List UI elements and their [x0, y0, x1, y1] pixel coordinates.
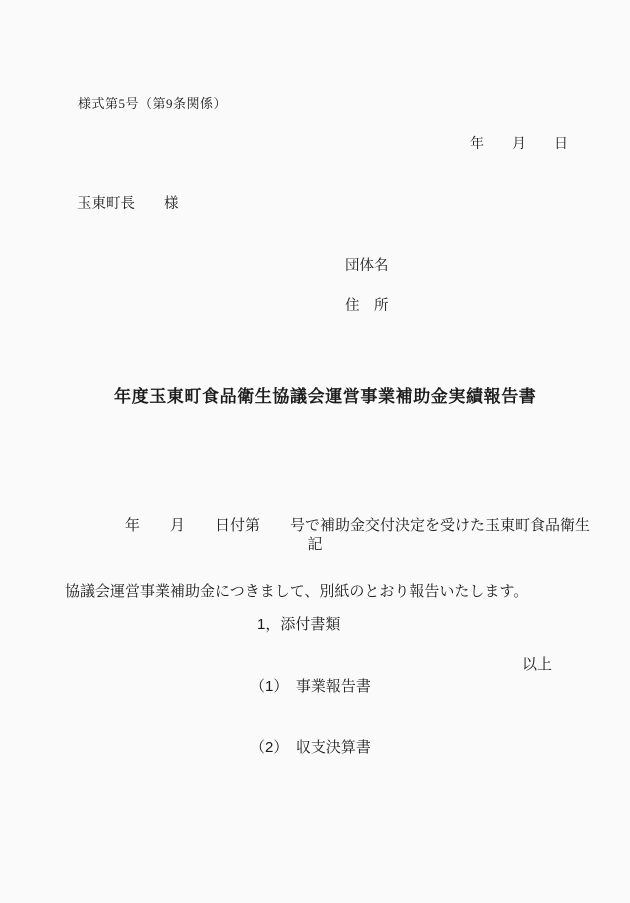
date-placeholder: 年 月 日	[470, 133, 568, 153]
attachment-item: （1） 事業報告書	[250, 677, 371, 698]
attachments-heading: 1，添付書類	[257, 615, 371, 636]
closing-word: 以上	[522, 653, 552, 674]
form-number: 様式第5号（第9条関係）	[78, 93, 227, 112]
organization-name-label: 団体名	[345, 254, 389, 275]
addressee-line: 玉東町長 様	[77, 192, 179, 213]
document-page: 様式第5号（第9条関係） 年 月 日 玉東町長 様 団体名 住 所 年度玉東町食…	[0, 0, 630, 903]
record-heading: 記	[0, 533, 630, 554]
attachments-list: 1，添付書類 （1） 事業報告書 （2） 収支決算書	[250, 574, 371, 800]
document-title: 年度玉東町食品衛生協議会運営事業補助金実績報告書	[114, 382, 536, 407]
attachment-item: （2） 収支決算書	[250, 738, 371, 759]
address-label: 住 所	[345, 294, 389, 315]
